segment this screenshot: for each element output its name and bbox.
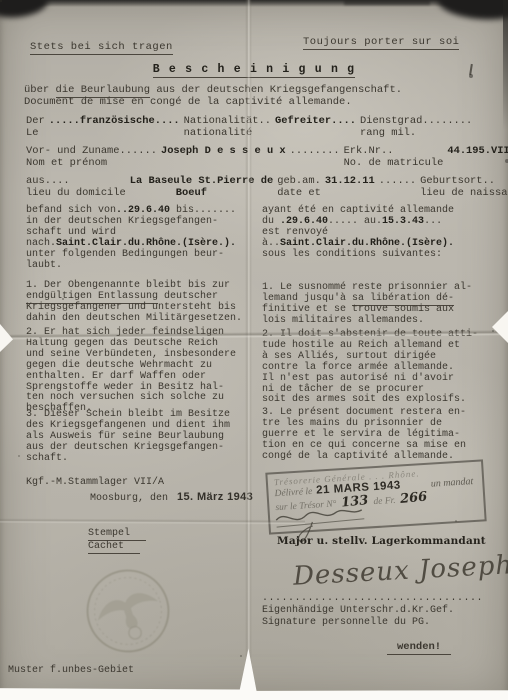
name-dots: ........	[290, 146, 340, 158]
id-value: 44.195.VII/4.	[447, 146, 508, 158]
paper-top-edge	[0, 0, 508, 7]
issue-date-stamp: 15. März 1943	[177, 491, 253, 503]
subtitle-german-post: aus der deutschen Kriegsgefangenschaft.	[150, 84, 402, 96]
turn-over-note: wenden!	[387, 641, 451, 653]
paper-top-notch	[344, 0, 430, 5]
residence-field-fr: lieu du domicile	[26, 188, 126, 200]
french-intro-c: ..... au.	[328, 216, 382, 227]
signature-caption-german: Eigenhändige Unterschr.d.Kr.Gef.	[262, 605, 454, 616]
prisoner-signature-handwriting: Desseux Joseph	[292, 550, 508, 591]
paper-right-edge	[503, 0, 508, 130]
treasury-amount-value: 266	[400, 489, 428, 507]
residence-field: aus....lieu du domicile	[26, 176, 126, 199]
document-title: B e s c h e i n i g u n g	[0, 63, 508, 76]
nationality-value: .....französische....	[49, 116, 180, 128]
paper-specks	[0, 0, 2, 2]
form-line-name: Vor- und Zuname......Nom et prénom Josep…	[26, 146, 508, 169]
document-paper: Stets bei sich tragen Toujours porter su…	[0, 0, 508, 700]
subtitle-german-pre: über	[24, 84, 56, 96]
carry-note-french-text: Toujours porter sur soi	[303, 36, 459, 50]
lower-fold-crease	[0, 518, 305, 525]
paper-corner-shadow-right	[437, 0, 508, 23]
carry-note-german: Stets bei sich tragen	[30, 41, 173, 53]
id-field-fr: No. de matricule	[344, 158, 444, 170]
place-label: Moosburg, den	[90, 493, 168, 504]
birthplace-field-de: Geburtsort..	[420, 176, 508, 188]
german-intro-e: unter folgenden Bedingungen beur- laubt.	[26, 249, 224, 271]
nationality-field-de: Nationalität..	[184, 116, 271, 128]
birthdate-value: 31.12.11	[325, 176, 375, 188]
birthplace-field: Geburtsort..lieu de naissance	[420, 176, 508, 199]
eagle-seal-stamp-icon	[73, 556, 184, 667]
paper-corner-shadow-left	[0, 0, 49, 21]
turn-over-note-text: wenden!	[387, 641, 451, 655]
id-field-de: Erk.Nr..	[344, 146, 444, 158]
signature-caption-french: Signature personnelle du PG.	[262, 617, 430, 628]
french-condition-3: 3. Le présent document restera en- tre l…	[262, 408, 500, 463]
birthdate-dots: ......	[379, 176, 416, 188]
nationality-article: DerLe	[26, 116, 45, 139]
subtitle-french: Document de mise en congé de la captivit…	[24, 96, 352, 108]
rank-field: Dienstgrad........rang mil.	[360, 116, 472, 139]
stamp-label-french-text: Cachet	[88, 541, 140, 554]
residence-field-de: aus....	[26, 176, 126, 188]
name-field: Vor- und Zuname......Nom et prénom	[26, 146, 157, 169]
french-condition-1: 1. Le susnommé reste prisonnier al- lema…	[262, 283, 500, 327]
name-value: Joseph D e s s e u x	[161, 146, 286, 158]
stamp-label-german-text: Stempel	[88, 528, 146, 541]
vertical-fold-crease	[245, 0, 252, 700]
place-date-line: Moosburg, den15. März 1943	[90, 491, 253, 504]
french-condition-1-b: finitive et se trouve soumis aux lois mi…	[262, 304, 454, 326]
rank-field-de: Dienstgrad........	[360, 116, 472, 128]
id-field: Erk.Nr..No. de matricule	[344, 146, 444, 169]
french-captivity-end-date: 15.3.43	[382, 216, 424, 227]
nationality-field: Nationalität..nationalité	[184, 116, 271, 139]
nationality-article-fr: Le	[26, 128, 45, 140]
stamp-label-german: Stempel	[88, 528, 146, 539]
birthdate-field: geb.am.date et	[277, 176, 321, 199]
german-condition-1: 1. Der Obengenannte bleibt bis zur endgü…	[26, 281, 264, 325]
signature-dotted-line: ..................................	[262, 593, 483, 604]
german-condition-3: 3. Dieser Schein bleibt im Besitze des K…	[26, 410, 264, 465]
stamp-label-french: Cachet	[88, 541, 140, 552]
birthplace-field-fr: lieu de naissance	[420, 188, 508, 200]
nationality-article-de: Der	[26, 116, 45, 128]
subtitle-german: über die Beurlaubung aus der deutschen K…	[24, 84, 402, 96]
document-title-text: B e s c h e i n i g u n g	[153, 63, 356, 78]
french-captivity-start-date: .29.6.40	[280, 216, 328, 227]
german-intro-a: befand sich von	[26, 205, 116, 216]
form-line-residence: aus....lieu du domicile La Baseule St.Pi…	[26, 176, 508, 199]
model-territory-note: Muster f.unbes-Gebiet	[8, 665, 134, 676]
carry-note-german-text: Stets bei sich tragen	[30, 41, 173, 55]
german-captivity-start-date: ..29.6.40	[116, 205, 170, 216]
german-condition-2: 2. Er hat sich jeder feindseligen Haltun…	[26, 328, 264, 415]
german-condition-1-a: 1. Der Obengenannte bleibt bis zur	[26, 280, 230, 291]
left-edge-tear	[0, 324, 13, 352]
nationality-field-fr: nationalité	[184, 128, 271, 140]
rank-value: Gefreiter....	[275, 116, 356, 128]
camp-designation: Kgf.-M.Stammlager VII/A	[26, 477, 164, 488]
rank-field-fr: rang mil.	[360, 128, 472, 140]
name-field-de: Vor- und Zuname......	[26, 146, 157, 158]
commandant-title: Major u. stellv. Lagerkommandant	[277, 535, 486, 547]
german-destination-value: Saint.Clair.du.Rhône.(Isère.).	[56, 238, 236, 249]
french-intro-g: sous les conditions suivantes:	[262, 249, 442, 260]
french-captivity-intro: ayant été en captivité allemande du .29.…	[262, 206, 500, 261]
german-captivity-intro: befand sich von..29.6.40 bis....... in d…	[26, 206, 264, 271]
french-destination-value: Saint.Clair.du.Rhône.(Isère).	[280, 238, 454, 249]
birthdate-field-fr: date et	[277, 188, 321, 200]
french-condition-2: 2. Il doit s'abstenir de toute atti- tud…	[262, 330, 500, 406]
birthdate-field-de: geb.am.	[277, 176, 321, 188]
carry-note-french: Toujours porter sur soi	[303, 36, 459, 48]
name-field-fr: Nom et prénom	[26, 158, 157, 170]
